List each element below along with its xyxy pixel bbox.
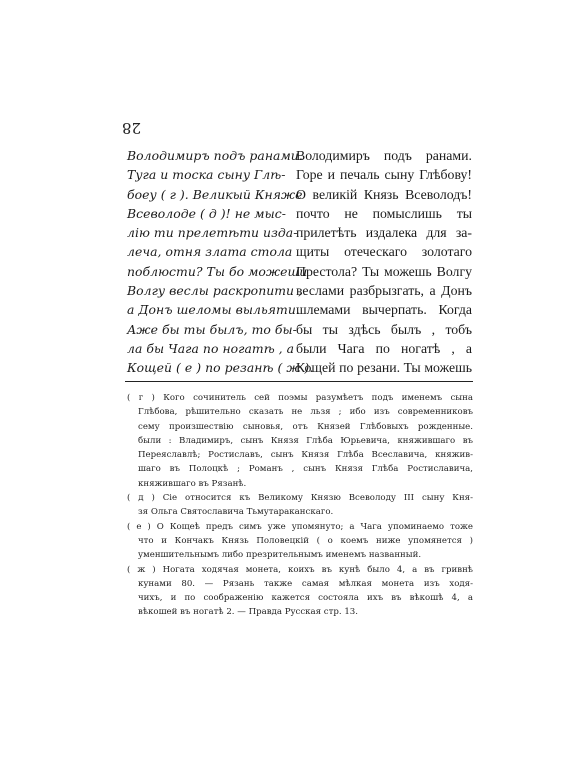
- footnote-line: ( е ) О Кощеѣ предъ симъ уже упомянуто; …: [127, 520, 473, 534]
- footnote-line: уменшительнымъ либо презрительнымъ имене…: [127, 548, 473, 562]
- right-line: Кощей по резани. Ты можешь: [296, 358, 472, 377]
- left-line: Волгу веслы раскропити ,: [127, 281, 277, 300]
- left-line: Володимиръ подъ ранами.: [127, 146, 277, 165]
- left-line: Всеволоде ( д )! не мыс-: [127, 204, 277, 223]
- right-column-translation-text: Володимиръ подъ ранами. Горе и печаль сы…: [296, 146, 472, 378]
- footnote-e: ( е ) О Кощеѣ предъ симъ уже упомянуто; …: [127, 520, 473, 563]
- footnote-line: зя Ольга Святославича Тьмутараканскаго.: [127, 505, 473, 519]
- footnote-line: кунами 80. — Рязань также самая мѣлкая м…: [127, 577, 473, 591]
- footnote-g: ( г ) Кого сочинитель сей поэмы разумѣет…: [127, 391, 473, 491]
- footnote-line: что и Кончакъ Князь Половецкій ( о коемъ…: [127, 534, 473, 548]
- left-line: а Донъ шеломы выльяти.: [127, 300, 277, 319]
- page-number: 28: [122, 119, 141, 137]
- right-line: Горе и печаль сыну Глѣбову!: [296, 165, 472, 184]
- left-line: лію ти прелетѣти изда-: [127, 223, 277, 242]
- footnote-zh: ( ж ) Ногата ходячая монета, коихъ въ ку…: [127, 563, 473, 620]
- footnote-line: ( ж ) Ногата ходячая монета, коихъ въ ку…: [127, 563, 473, 577]
- footnote-line: вѣкошей въ ногатѣ 2. — Правда Русская ст…: [127, 605, 473, 619]
- footnote-line: ( г ) Кого сочинитель сей поэмы разумѣет…: [127, 391, 473, 405]
- left-line: поблюсти? Ты бо можеши: [127, 262, 277, 281]
- right-line: были Чага по ногатѣ , а: [296, 339, 472, 358]
- right-line: бы ты здѣсь былъ , тобъ: [296, 320, 472, 339]
- footnote-line: сему произшествію сыновья, отъ Князей Гл…: [127, 420, 473, 434]
- footnote-d: ( д ) Сіе относится къ Великому Князю Вс…: [127, 491, 473, 520]
- right-line: щиты отеческаго золотаго: [296, 242, 472, 261]
- footnote-line: ( д ) Сіе относится къ Великому Князю Вс…: [127, 491, 473, 505]
- footnotes: ( г ) Кого сочинитель сей поэмы разумѣет…: [127, 391, 473, 620]
- left-column-old-russian-text: Володимиръ подъ ранами. Туга и тоска сын…: [127, 146, 277, 378]
- left-line: Кощей ( е ) по резанѣ ( ж ).: [127, 358, 277, 377]
- footnote-line: чихъ, и по соображенію кажется состояла …: [127, 591, 473, 605]
- left-line: Аже бы ты былъ, то бы-: [127, 320, 277, 339]
- right-line: О великій Князь Всеволодъ!: [296, 185, 472, 204]
- right-line: Володимиръ подъ ранами.: [296, 146, 472, 165]
- footnote-line: Глѣбова, рѣшительно сказать не льзя ; иб…: [127, 405, 473, 419]
- right-line: Престола? Ты можешь Волгу: [296, 262, 472, 281]
- left-line: Туга и тоска сыну Глѣ-: [127, 165, 277, 184]
- footnote-line: княжившаго въ Рязанѣ.: [127, 477, 473, 491]
- footnote-line: шаго въ Полоцкѣ ; Романъ , сынъ Князя Гл…: [127, 462, 473, 476]
- left-line: леча, отня злата стола: [127, 242, 277, 261]
- right-line: прилетѣть издалека для за-: [296, 223, 472, 242]
- right-line: почто не помыслишь ты: [296, 204, 472, 223]
- right-line: шлемами вычерпать. Когда: [296, 300, 472, 319]
- footnote-separator-rule: [125, 381, 473, 382]
- left-line: ла бы Чага по ногатѣ , а: [127, 339, 277, 358]
- left-line: боеу ( г ). Великый Княже: [127, 185, 277, 204]
- footnote-line: были : Владимиръ, сынъ Князя Глѣба Юрьев…: [127, 434, 473, 448]
- footnote-line: Переяславлѣ; Ростиславъ, сынъ Князя Глѣб…: [127, 448, 473, 462]
- right-line: веслами разбрызгать, а Донъ: [296, 281, 472, 300]
